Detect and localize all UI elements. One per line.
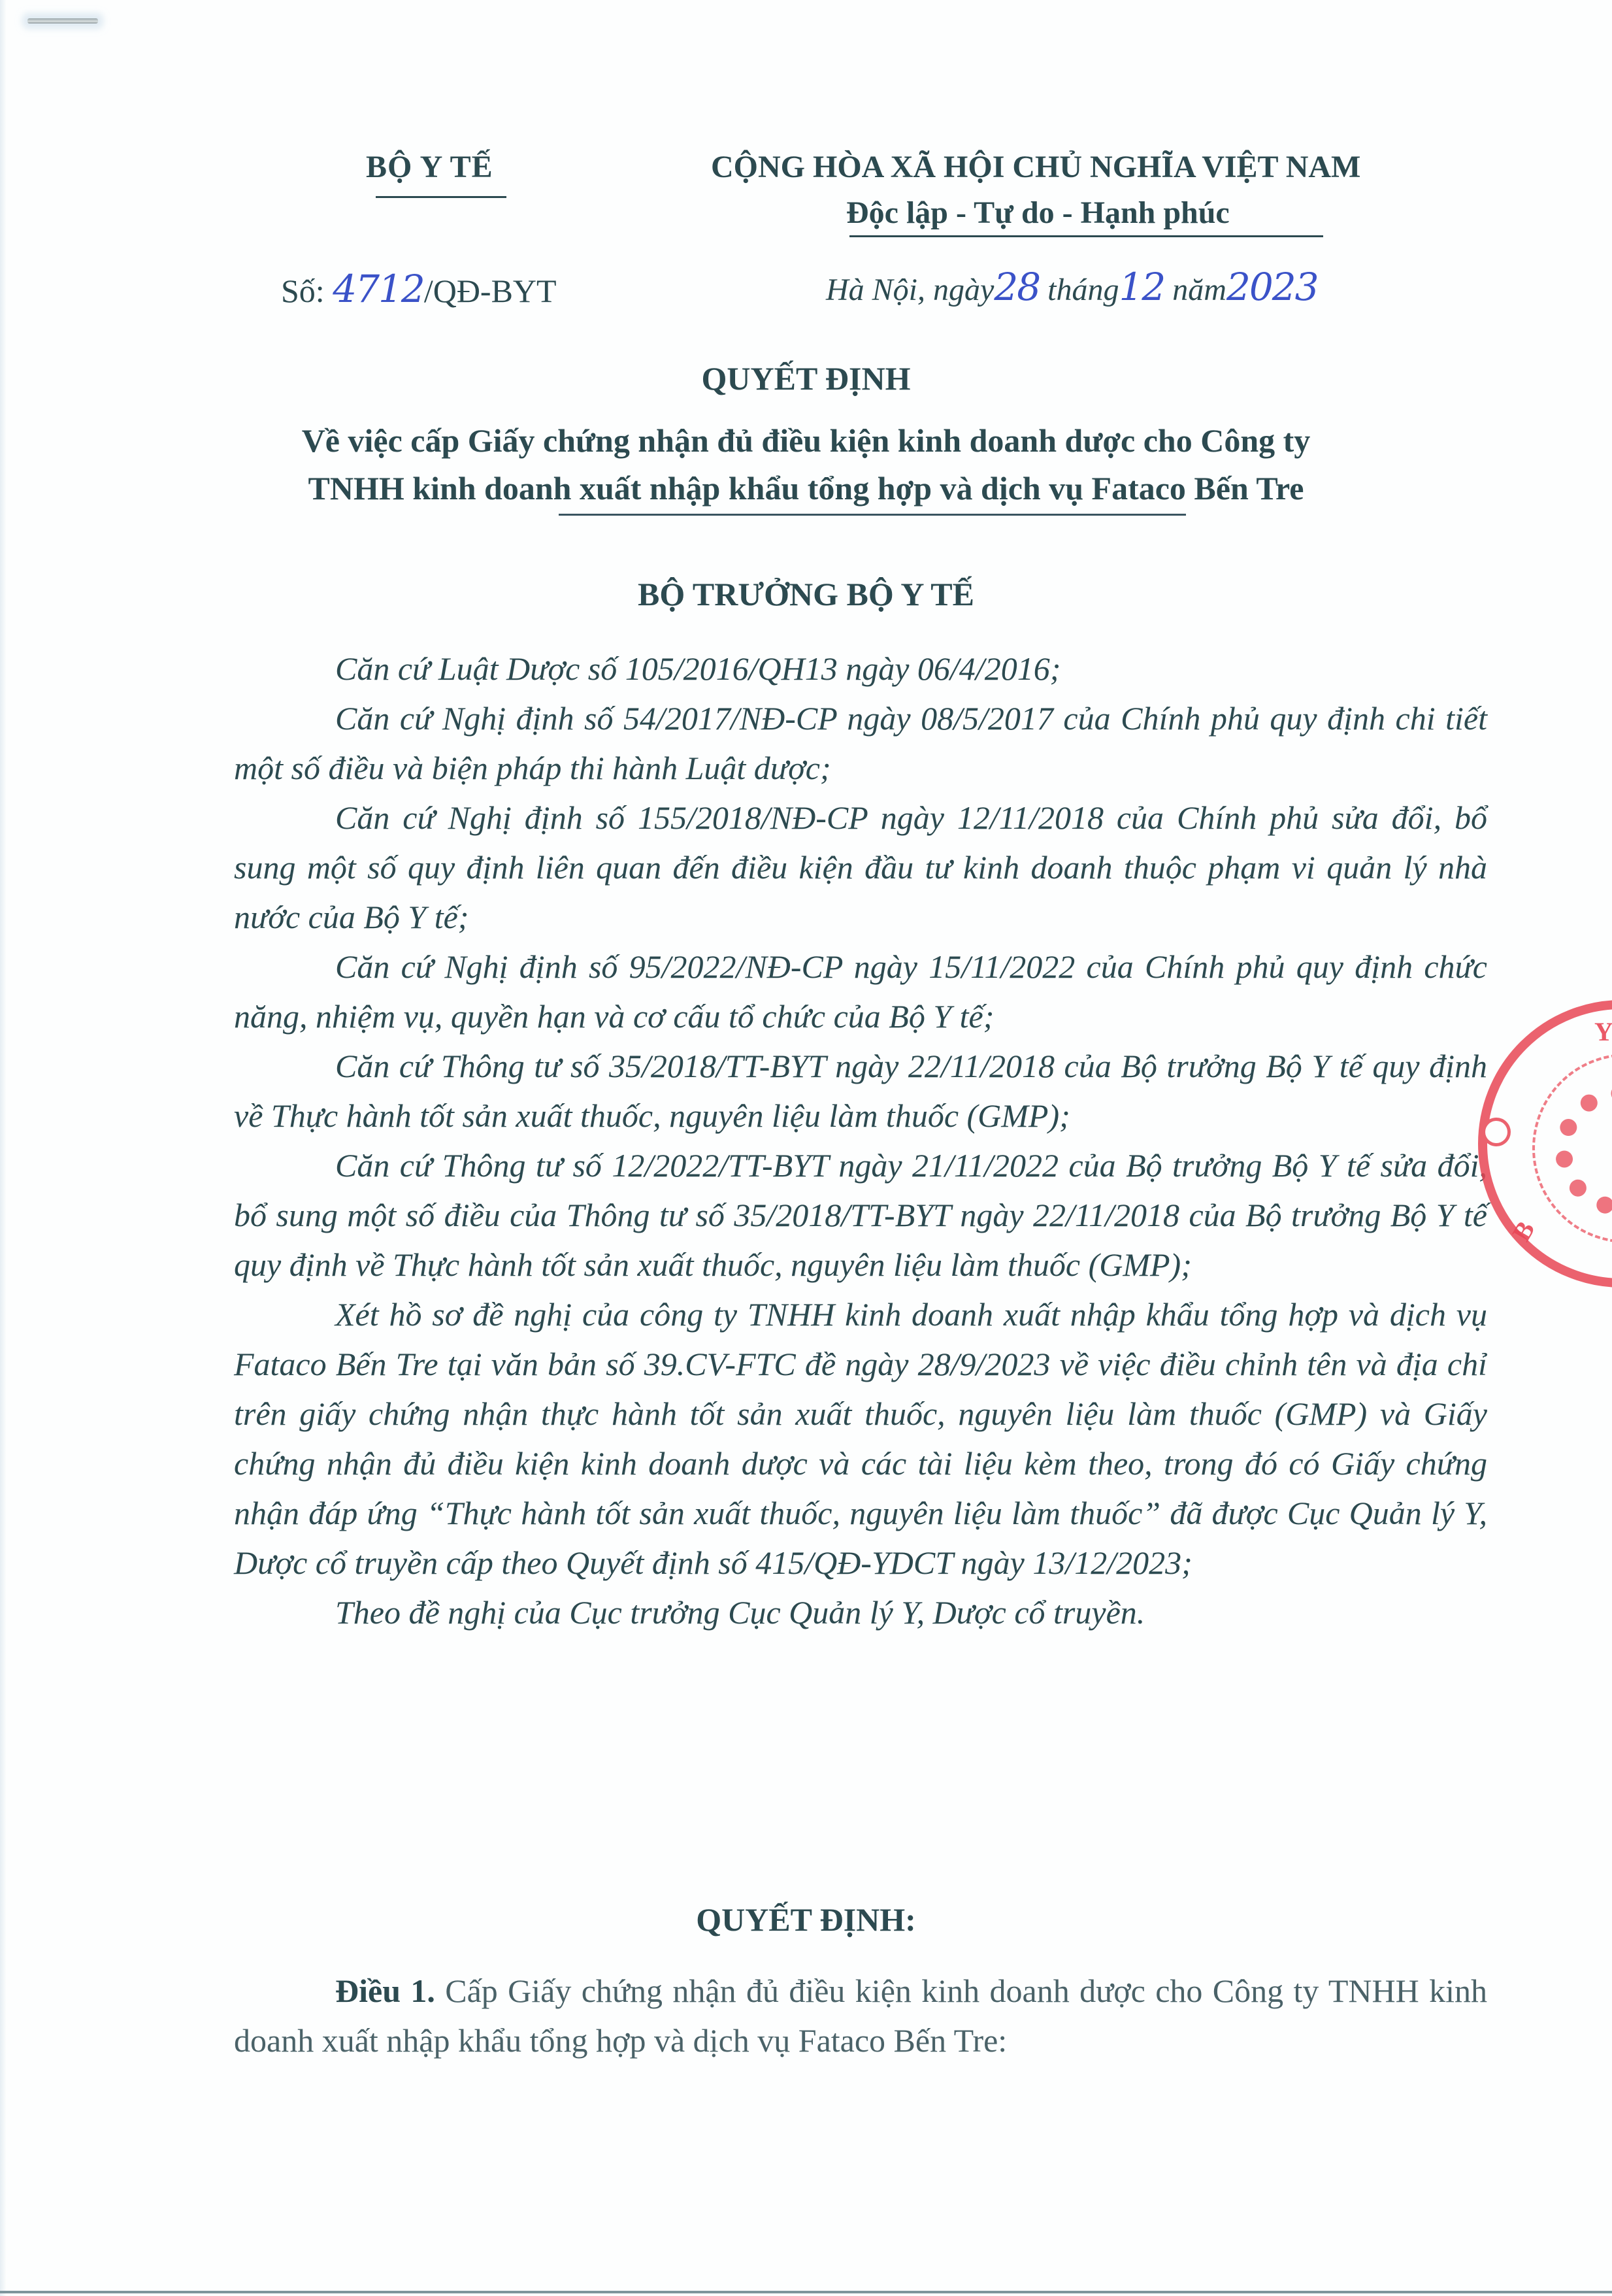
preamble-clause: Căn cứ Nghị định số 54/2017/NĐ-CP ngày 0…	[234, 693, 1487, 793]
preamble-clause: Xét hồ sơ đề nghị của công ty TNHH kinh …	[234, 1289, 1487, 1588]
day-handwritten: 28	[994, 265, 1040, 309]
month-label: tháng	[1047, 273, 1119, 307]
agency-underline	[376, 196, 506, 198]
preamble-clause: Theo đề nghị của Cục trưởng Cục Quản lý …	[234, 1588, 1487, 1637]
preamble: Căn cứ Luật Dược số 105/2016/QH13 ngày 0…	[234, 644, 1487, 1637]
doc-number-suffix: /QĐ-BYT	[424, 273, 557, 309]
subject-underline	[559, 514, 1186, 516]
article-1: Điều 1. Cấp Giấy chứng nhận đủ điều kiện…	[234, 1966, 1487, 2065]
month-handwritten: 12	[1119, 265, 1164, 309]
scan-edge	[0, 0, 7, 2296]
year-handwritten: 2023	[1226, 265, 1318, 309]
issuing-agency: BỘ Y TẾ	[366, 149, 493, 185]
preamble-clause: Căn cứ Luật Dược số 105/2016/QH13 ngày 0…	[234, 644, 1487, 693]
document-number: Số: 4712/QĐ-BYT	[281, 267, 557, 311]
national-motto: Độc lập - Tự do - Hạnh phúc	[846, 195, 1230, 231]
subject-line-1: Về việc cấp Giấy chứng nhận đủ điều kiện…	[0, 422, 1612, 459]
doc-number-prefix: Số:	[281, 273, 325, 309]
article-1-label: Điều 1.	[335, 1972, 435, 2009]
scan-bottom-edge	[0, 2291, 1612, 2293]
place-prefix: Hà Nội, ngày	[826, 273, 994, 307]
motto-underline	[849, 235, 1323, 237]
seal-ring-dot	[1482, 1118, 1511, 1146]
seal-letter: Y	[1594, 1016, 1612, 1047]
national-title: CỘNG HÒA XÃ HỘI CHỦ NGHĨA VIỆT NAM	[711, 149, 1360, 185]
doc-number-handwritten: 4712	[333, 267, 424, 311]
document-type-title: QUYẾT ĐỊNH	[0, 359, 1612, 397]
preamble-clause: Căn cứ Nghị định số 155/2018/NĐ-CP ngày …	[234, 793, 1487, 942]
place-date: Hà Nội, ngày28 tháng12 năm2023	[826, 265, 1318, 309]
year-label: năm	[1172, 273, 1226, 307]
staple-mark	[27, 18, 98, 24]
subject-line-2: TNHH kinh doanh xuất nhập khẩu tổng hợp …	[0, 469, 1612, 507]
preamble-clause: Căn cứ Thông tư số 35/2018/TT-BYT ngày 2…	[234, 1041, 1487, 1140]
preamble-clause: Căn cứ Nghị định số 95/2022/NĐ-CP ngày 1…	[234, 942, 1487, 1041]
issuing-authority: BỘ TRƯỞNG BỘ Y TẾ	[0, 575, 1612, 613]
preamble-clause: Căn cứ Thông tư số 12/2022/TT-BYT ngày 2…	[234, 1140, 1487, 1289]
decision-heading: QUYẾT ĐỊNH:	[0, 1901, 1612, 1938]
